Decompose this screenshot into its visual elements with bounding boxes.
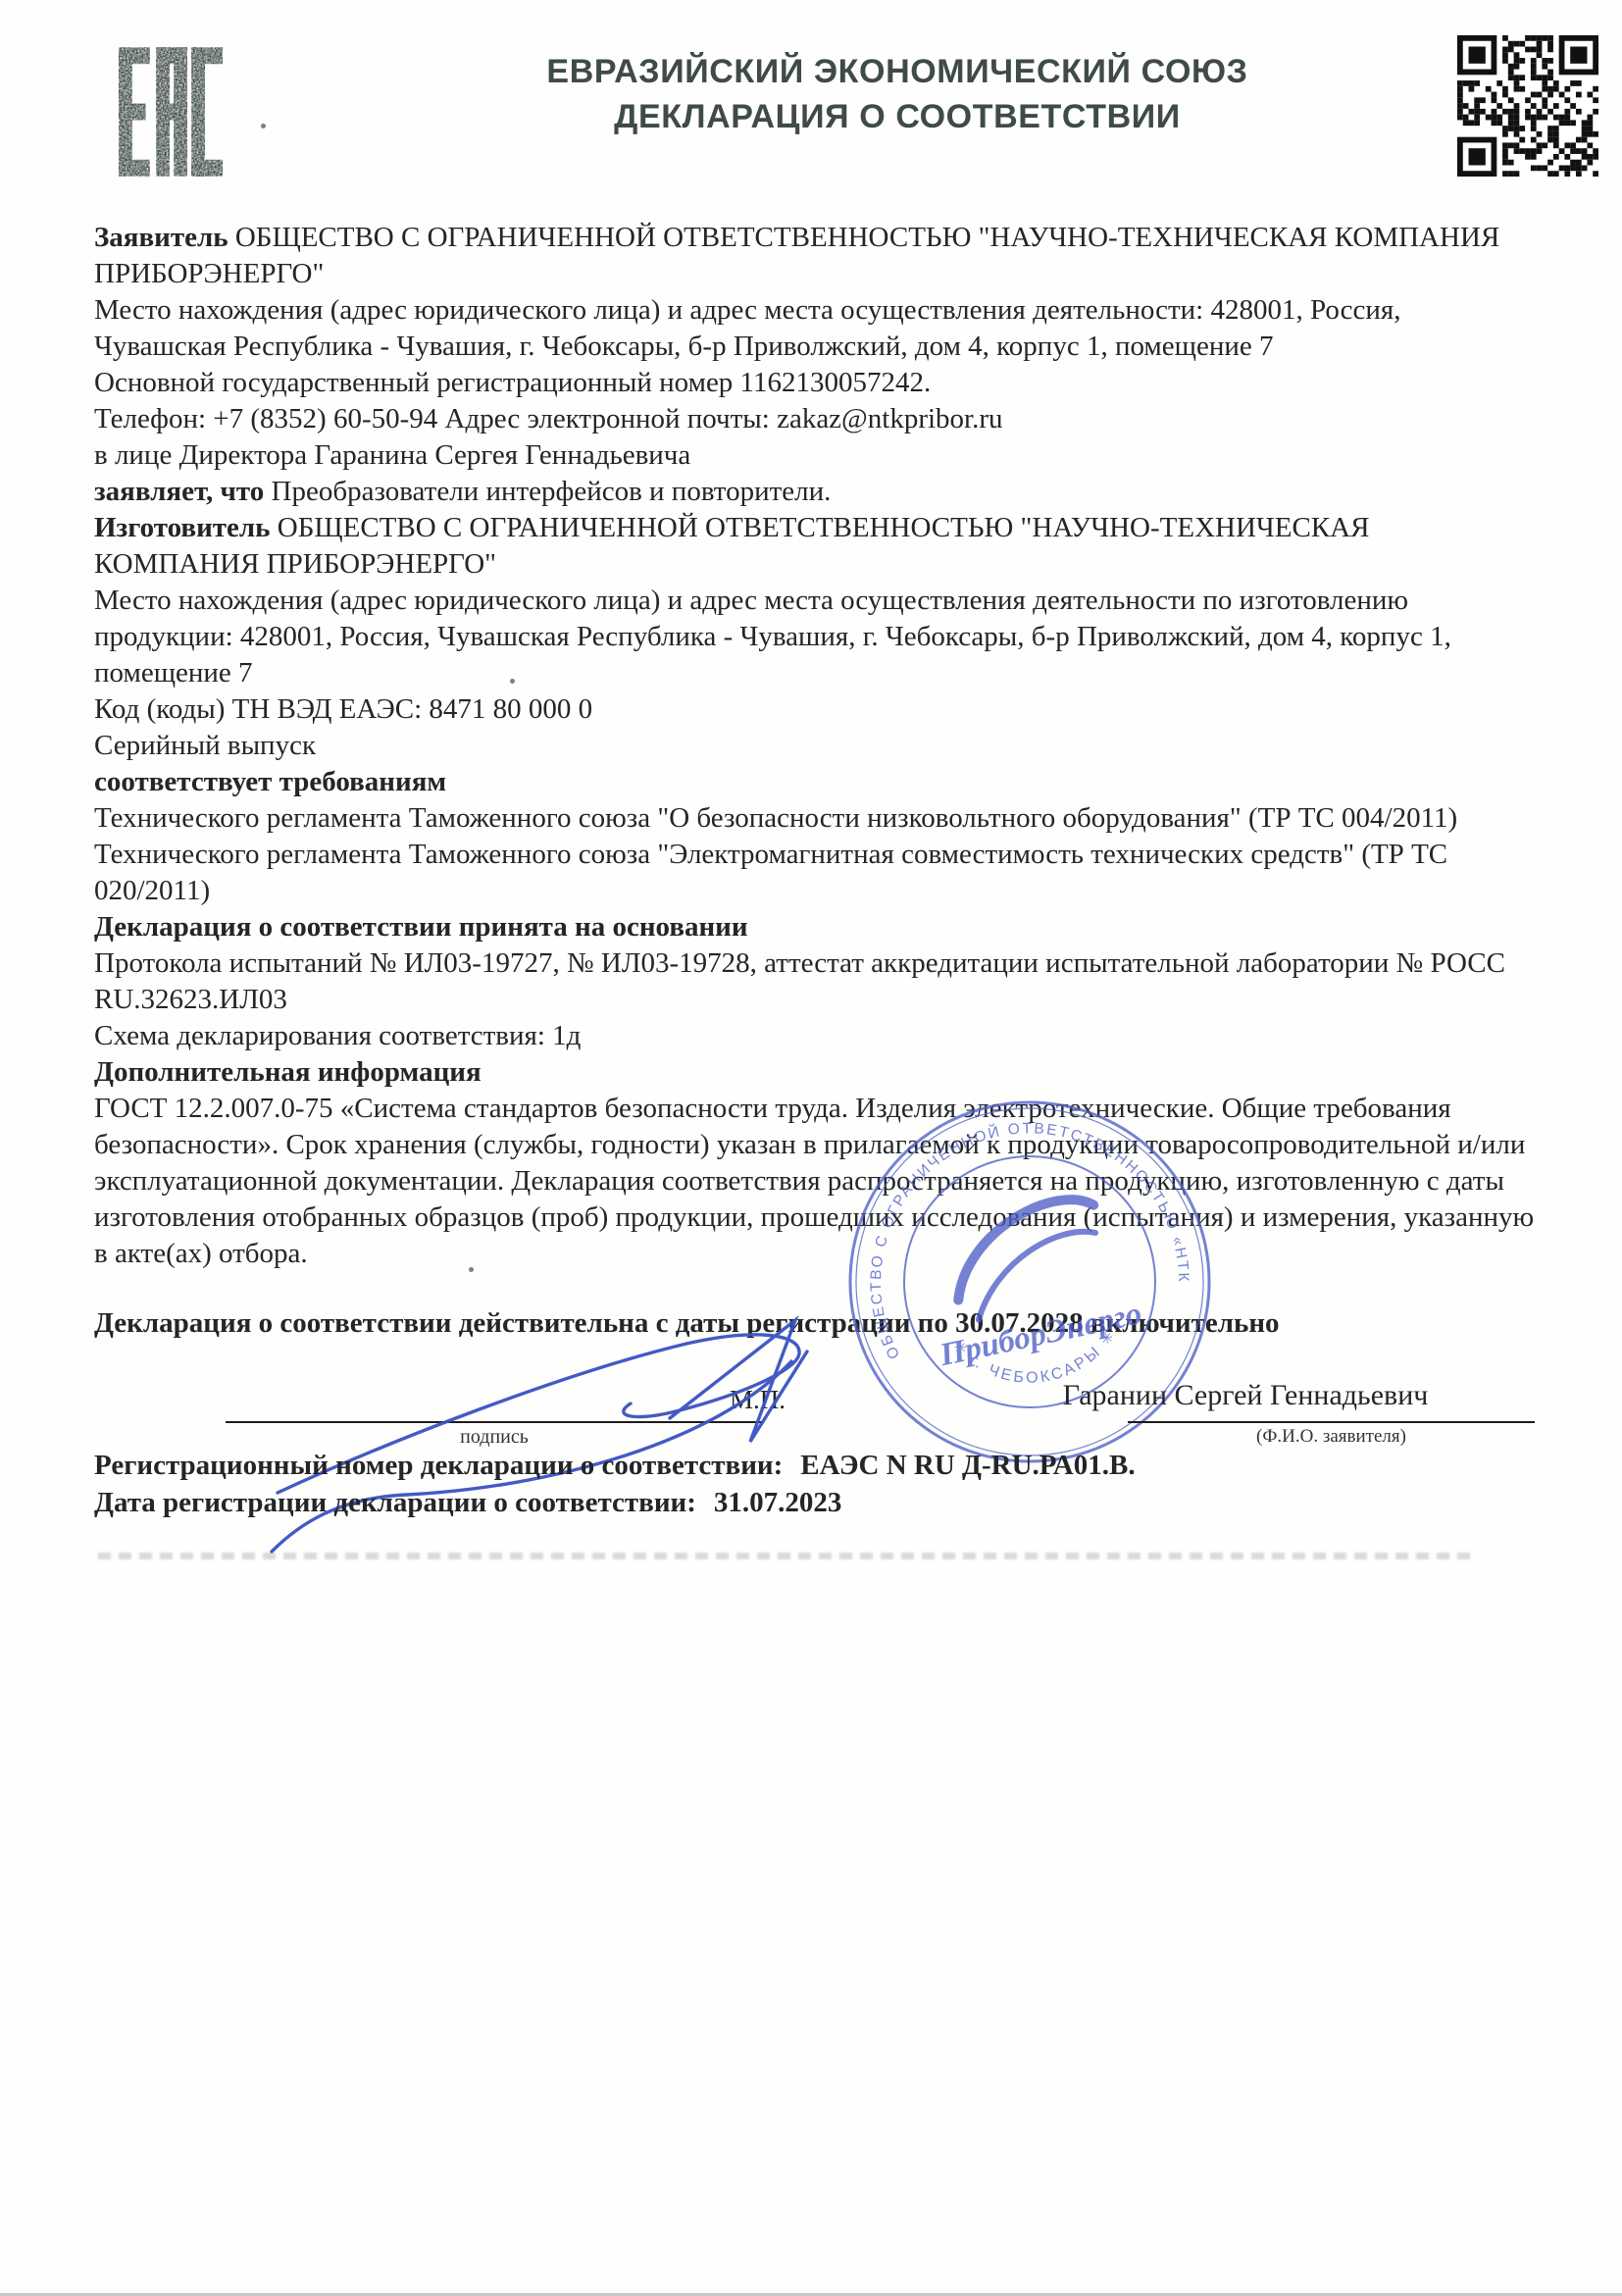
additional-info-heading: Дополнительная информация [94, 1054, 1538, 1091]
registration-date-line: Дата регистрации декларации о соответств… [94, 1487, 841, 1519]
qr-code-icon [1457, 35, 1598, 177]
applicant-value: ОБЩЕСТВО С ОГРАНИЧЕННОЙ ОТВЕТСТВЕННОСТЬЮ… [94, 222, 1499, 289]
declares-label: заявляет, что [94, 476, 264, 507]
manufacturer-address: Место нахождения (адрес юридического лиц… [94, 583, 1538, 691]
signature-caption: подпись [226, 1426, 763, 1449]
manufacturer-paragraph: Изготовитель ОБЩЕСТВО С ОГРАНИЧЕННОЙ ОТВ… [94, 510, 1538, 583]
regulation-1: Технического регламента Таможенного союз… [94, 800, 1538, 837]
applicant-address: Место нахождения (адрес юридического лиц… [94, 292, 1538, 365]
faint-print-artifact [98, 1553, 1471, 1559]
declaration-document: ЕВРАЗИЙСКИЙ ЭКОНОМИЧЕСКИЙ СОЮЗ ДЕКЛАРАЦИ… [0, 0, 1622, 2296]
validity-statement: Декларация о соответствии действительна … [94, 1307, 1538, 1340]
additional-info-text: ГОСТ 12.2.007.0-75 «Система стандартов б… [94, 1091, 1538, 1272]
tnved-code-line: Код (коды) ТН ВЭД ЕАЭС: 8471 80 000 0 [94, 691, 1538, 728]
product-name: Преобразователи интерфейсов и повторител… [272, 476, 832, 507]
applicant-paragraph: Заявитель ОБЩЕСТВО С ОГРАНИЧЕННОЙ ОТВЕТС… [94, 220, 1538, 292]
applicant-fio: Гаранин Сергей Геннадьевич [1000, 1379, 1491, 1412]
stamp-place-mark: М.П. [730, 1385, 786, 1415]
applicant-label: Заявитель [94, 222, 228, 253]
manufacturer-label: Изготовитель [94, 512, 271, 543]
registration-number-value: ЕАЭС N RU Д-RU.РА01.В. [800, 1450, 1135, 1481]
basis-heading: Декларация о соответствии принята на осн… [94, 909, 1538, 945]
eac-letters [119, 47, 223, 176]
title-union: ЕВРАЗИЙСКИЙ ЭКОНОМИЧЕСКИЙ СОЮЗ [314, 49, 1481, 94]
declaration-body: Заявитель ОБЩЕСТВО С ОГРАНИЧЕННОЙ ОТВЕТС… [94, 220, 1538, 1272]
signature-line [226, 1421, 763, 1423]
eac-conformity-mark-icon [119, 47, 223, 181]
scheme-line: Схема декларирования соответствия: 1д [94, 1018, 1538, 1054]
ogrn-line: Основной государственный регистрационный… [94, 365, 1538, 401]
scan-speck [510, 679, 515, 684]
regulation-2: Технического регламента Таможенного союз… [94, 837, 1538, 909]
represented-by-line: в лице Директора Гаранина Сергея Геннадь… [94, 437, 1538, 474]
document-title: ЕВРАЗИЙСКИЙ ЭКОНОМИЧЕСКИЙ СОЮЗ ДЕКЛАРАЦИ… [314, 49, 1481, 139]
registration-number-line: Регистрационный номер декларации о соотв… [94, 1450, 1136, 1482]
scan-speck [469, 1267, 474, 1272]
registration-date-label: Дата регистрации декларации о соответств… [94, 1487, 696, 1518]
serial-release-line: Серийный выпуск [94, 728, 1538, 764]
title-declaration: ДЕКЛАРАЦИЯ О СООТВЕТСТВИИ [314, 94, 1481, 139]
contacts-line: Телефон: +7 (8352) 60-50-94 Адрес электр… [94, 401, 1538, 437]
scan-speck [261, 124, 266, 128]
manufacturer-value: ОБЩЕСТВО С ОГРАНИЧЕННОЙ ОТВЕТСТВЕННОСТЬЮ… [94, 512, 1369, 580]
registration-number-label: Регистрационный номер декларации о соотв… [94, 1450, 783, 1481]
registration-date-value: 31.07.2023 [714, 1487, 842, 1518]
fio-line [1128, 1421, 1535, 1423]
fio-caption: (Ф.И.О. заявителя) [1128, 1426, 1535, 1448]
protocols-line: Протокола испытаний № ИЛ03-19727, № ИЛ03… [94, 945, 1538, 1018]
declares-paragraph: заявляет, что Преобразователи интерфейсо… [94, 474, 1538, 510]
complies-heading: соответствует требованиям [94, 764, 1538, 800]
